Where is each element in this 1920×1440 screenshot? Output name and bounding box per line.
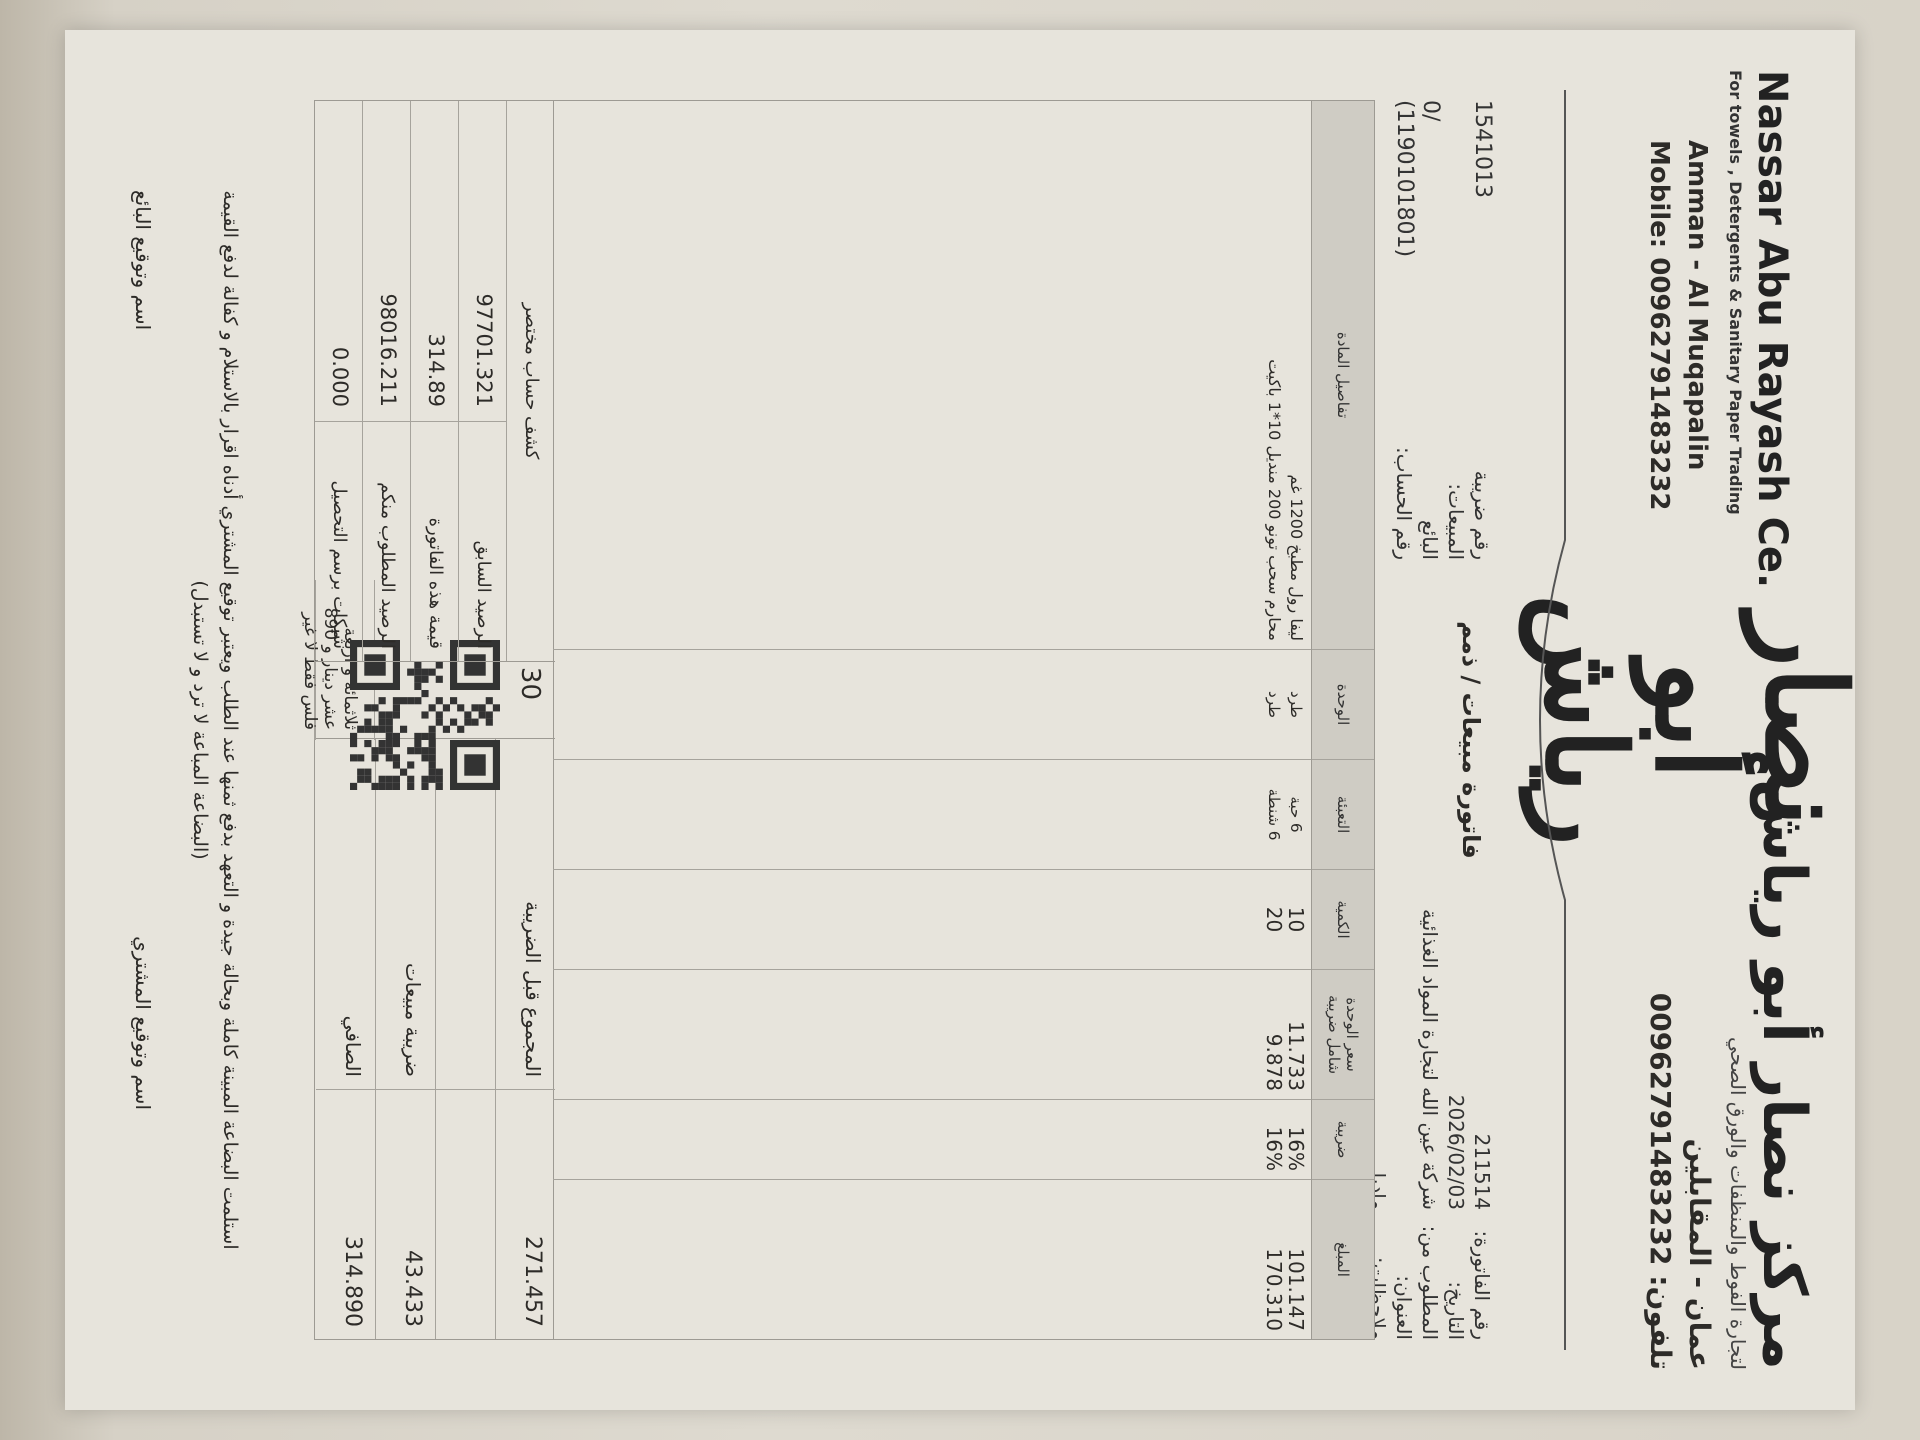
column-unit: طردطرد xyxy=(553,649,1311,759)
account-row-label: شيكات برسم التحصيل xyxy=(315,421,362,661)
net-label: الصافي xyxy=(316,739,375,1089)
header-divider-curve xyxy=(1505,70,1585,1370)
declaration-text: استلمت البضاعة المبينة كاملة وبحالة جيدة… xyxy=(215,100,245,1340)
header-unit: الوحدة xyxy=(1312,649,1374,759)
table-cell-price: 11.733 xyxy=(1285,978,1307,1091)
account-statement-title: كشف حساب مختصر xyxy=(506,101,555,661)
invoice-meta-label: المطلوب من: xyxy=(1417,1220,1443,1340)
account-statement: كشف حساب مختصر الرصيد السابق97701.321قيم… xyxy=(314,100,555,662)
table-cell-qty: 10 xyxy=(1285,878,1307,961)
seller-meta-label: رقم الحساب: xyxy=(1391,390,1417,560)
declaration-note: (البضاعة المباعة لا ترد و لا تستبدل) xyxy=(185,100,215,1340)
phone-number: 00962791483232 xyxy=(1644,993,1677,1266)
header-unit-price: سعر الوحدة شامل ضريبة xyxy=(1312,969,1374,1099)
empty-row xyxy=(435,739,495,1339)
seller-meta-label: رقم ضريبة المبيعات: xyxy=(1443,390,1495,560)
table-cell-desc: محارم سحب تونو 200 منديل 10*1 باكيت xyxy=(1263,109,1285,641)
subtotal-label: المجموع قبل الضريبة xyxy=(496,739,555,1089)
table-cell-unit: طرد xyxy=(1263,658,1285,751)
sales-tax-label: ضريبة مبيعات xyxy=(376,739,435,1089)
account-row-value: 314.89 xyxy=(411,101,458,421)
account-row: الرصيد السابق97701.321 xyxy=(458,101,506,661)
sales-tax-row: 43.433 ضريبة مبيعات xyxy=(375,739,435,1339)
company-name-en: Nassar Abu Rayash Ce. xyxy=(1749,70,1795,630)
column-unit-price: 11.7339.878 xyxy=(553,969,1311,1099)
empty-value xyxy=(436,1089,495,1339)
document-title: فاتورة مبيعات / ذمم xyxy=(1457,610,1485,870)
column-quantity: 1020 xyxy=(553,869,1311,969)
invoice-meta-label: التاريخ: xyxy=(1443,1220,1469,1340)
table-cell-price: 9.878 xyxy=(1263,978,1285,1091)
phone-label: تلفون: xyxy=(1644,1275,1677,1370)
table-cell-pack: 6 شنطة xyxy=(1263,768,1285,861)
account-row-value: 0.000 xyxy=(315,101,362,421)
header-amount: المبلغ xyxy=(1312,1179,1374,1339)
buyer-signature-label: اسم وتوقيع المشتري xyxy=(131,936,155,1110)
account-row-value: 97701.321 xyxy=(459,101,506,421)
invoice-meta-row: المطلوب من:شركة عين الله لتجارة المواد ا… xyxy=(1417,780,1443,1340)
company-subtitle-en: For towels , Detergents & Sanitary Paper… xyxy=(1726,70,1745,630)
seller-signature-label: اسم وتوقيع البائع xyxy=(131,190,155,330)
header-tax: ضريبة xyxy=(1312,1099,1374,1179)
seller-meta-value: 1541013 xyxy=(1443,100,1495,380)
invoice-meta-label: العنوان: xyxy=(1391,1220,1417,1340)
account-row: الرصيد المطلوب منكم98016.211 xyxy=(362,101,410,661)
declaration: استلمت البضاعة المبينة كاملة وبحالة جيدة… xyxy=(185,100,245,1340)
items-table: المبلغ ضريبة سعر الوحدة شامل ضريبة الكمي… xyxy=(553,100,1375,1340)
account-row-label: قيمة هذه الفاتورة xyxy=(411,421,458,661)
seller-meta-row: رقم ضريبة المبيعات:1541013 xyxy=(1443,100,1495,560)
seller-meta-row: البائع0/ xyxy=(1417,100,1443,560)
net-value: 314.890 xyxy=(316,1089,375,1339)
subtotal-value: 271.457 xyxy=(496,1089,555,1339)
table-cell-qty: 20 xyxy=(1263,878,1285,961)
column-packing: 6 حبة6 شنطة xyxy=(553,759,1311,869)
net-row: 314.890 الصافي xyxy=(316,739,375,1339)
header-packing: التعبئة xyxy=(1312,759,1374,869)
invoice-meta-value xyxy=(1391,780,1417,1210)
account-row-value: 98016.211 xyxy=(363,101,410,421)
invoice-page: مركز نصار أبو رياش لتجارة الفوط والمنظفا… xyxy=(65,30,1855,1410)
company-mobile-en: Mobile: 00962791483232 xyxy=(1644,70,1674,630)
table-cell-pack: 6 حبة xyxy=(1285,768,1307,861)
table-cell-amount: 101.147 xyxy=(1285,1188,1307,1331)
invoice-meta-row: العنوان: xyxy=(1391,780,1417,1340)
table-cell-tax: 16% xyxy=(1285,1108,1307,1171)
header-quantity: الكمية xyxy=(1312,869,1374,969)
items-table-header: المبلغ ضريبة سعر الوحدة شامل ضريبة الكمي… xyxy=(1311,101,1374,1339)
items-table-body: 101.147170.310 16%16% 11.7339.878 1020 6… xyxy=(553,101,1311,1339)
column-tax: 16%16% xyxy=(553,1099,1311,1179)
company-header-en: Nassar Abu Rayash Ce. For towels , Deter… xyxy=(1644,70,1795,630)
invoice-meta-label: رقم الفاتورة: xyxy=(1469,1220,1495,1340)
empty-label xyxy=(436,739,495,1089)
seller-meta-value: 0/ xyxy=(1417,100,1443,380)
table-cell-unit: طرد xyxy=(1285,658,1307,751)
account-row: شيكات برسم التحصيل0.000 xyxy=(315,101,362,661)
account-row-label: الرصيد السابق xyxy=(459,421,506,661)
account-row-label: الرصيد المطلوب منكم xyxy=(363,421,410,661)
company-city-en: Amman - Al Muqapalin xyxy=(1682,70,1712,630)
table-cell-desc: ليفا رول مطبخ 1200 غم xyxy=(1285,109,1307,641)
table-cell-tax: 16% xyxy=(1263,1108,1285,1171)
totals-grid: 271.457 المجموع قبل الضريبة 43.433 ضريبة… xyxy=(314,738,555,1340)
header-description: تفاصيل المادة xyxy=(1312,101,1374,649)
seller-meta-row: رقم الحساب:(1190101801) xyxy=(1391,100,1417,560)
column-amount: 101.147170.310 xyxy=(553,1179,1311,1339)
subtotal-row: 271.457 المجموع قبل الضريبة xyxy=(495,739,555,1339)
seller-meta-value: (1190101801) xyxy=(1391,100,1417,380)
table-cell-amount: 170.310 xyxy=(1263,1188,1285,1331)
qr-code xyxy=(345,640,505,790)
account-row: قيمة هذه الفاتورة314.89 xyxy=(410,101,458,661)
column-description: ليفا رول مطبخ 1200 غممحارم سحب تونو 200 … xyxy=(553,101,1311,649)
sales-tax-value: 43.433 xyxy=(376,1089,435,1339)
seller-meta: رقم ضريبة المبيعات:1541013البائع0/رقم ال… xyxy=(1391,100,1495,560)
seller-meta-label: البائع xyxy=(1417,390,1443,560)
invoice-meta-value: شركة عين الله لتجارة المواد الغذائية xyxy=(1417,780,1443,1210)
